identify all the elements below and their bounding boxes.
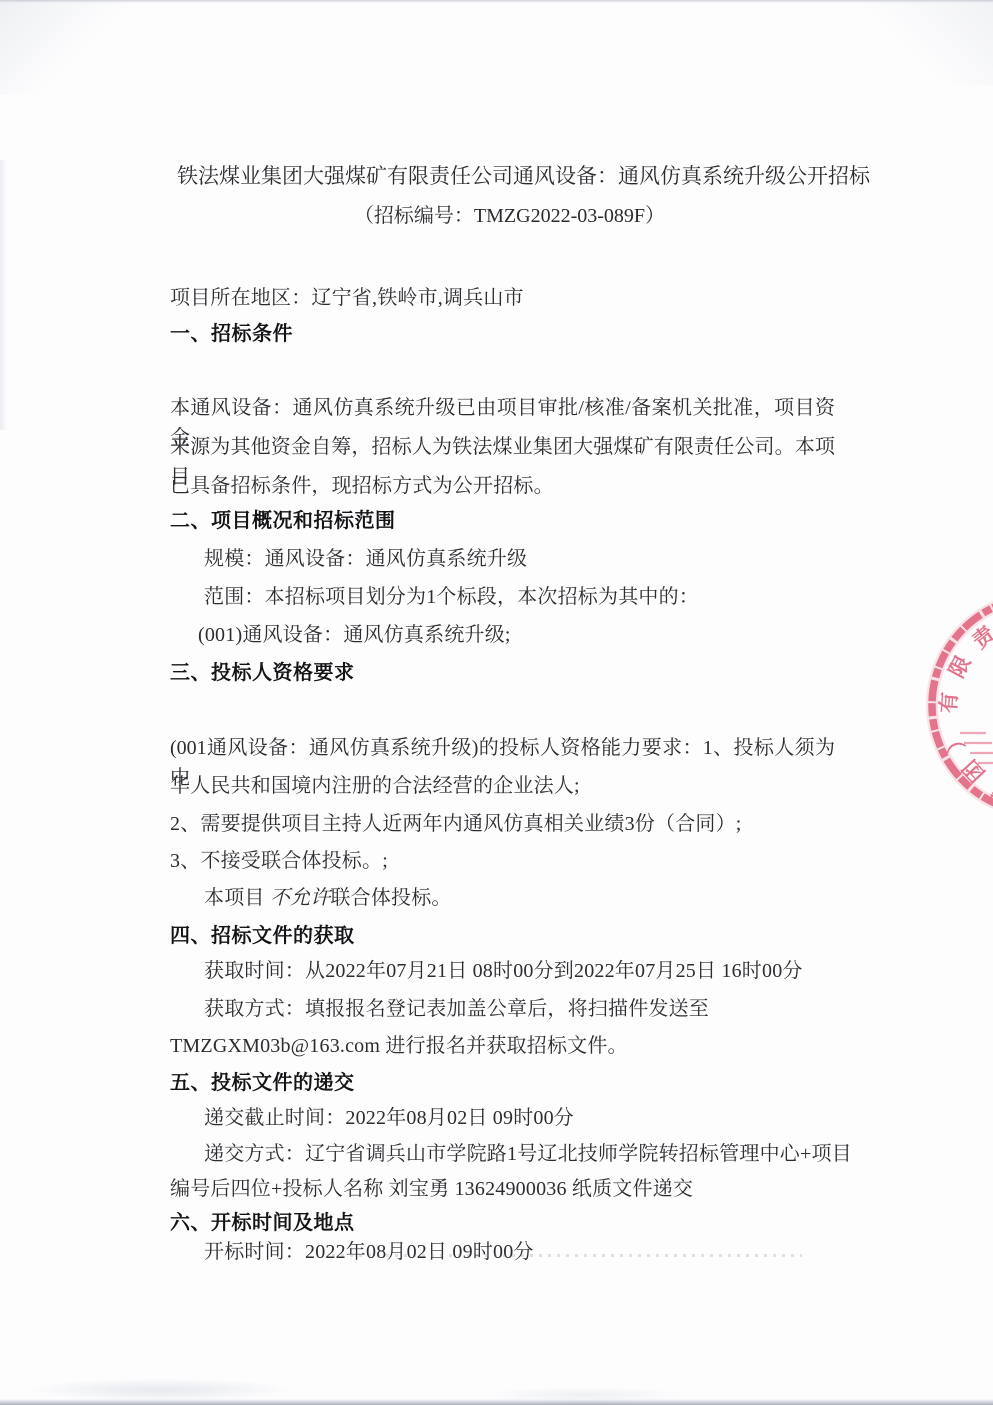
heading-bid-submission: 五、投标文件的递交 — [170, 1068, 355, 1098]
bid-opening-time: 开标时间：2022年08月02日 09时00分 — [204, 1237, 534, 1267]
tender-conditions-text-1: 本通风设备：通风仿真系统升级已由项目审批/核准/备案机关批准，项目资金 — [170, 393, 835, 423]
heading-project-overview: 二、项目概况和招标范围 — [170, 506, 396, 536]
qualification-requirement-3: 3、不接受联合体投标。; — [170, 846, 388, 876]
heading-bidder-qualification: 三、投标人资格要求 — [170, 658, 355, 688]
heading-bid-opening: 六、开标时间及地点 — [170, 1208, 355, 1238]
lot-line: (001)通风设备：通风仿真系统升级; — [198, 620, 511, 650]
scope-line: 范围：本招标项目划分为1个标段，本次招标为其中的： — [204, 582, 699, 612]
scan-artifact-left-edge — [0, 160, 7, 430]
seal-text-char: 有 — [936, 691, 961, 714]
project-location: 项目所在地区：辽宁省,铁岭市,调兵山市 — [170, 283, 524, 313]
tender-number: （招标编号：TMZG2022-03-089F） — [177, 201, 842, 231]
scanned-tender-document-page: 铁法煤业集团大强煤矿有限责任公司通风设备：通风仿真系统升级公开招标 （招标编号：… — [0, 0, 993, 1405]
acquisition-method: 获取方式：填报报名登记表加盖公章后，将扫描件发送至 — [204, 994, 709, 1024]
qualification-text-1: (001通风设备：通风仿真系统升级)的投标人资格能力要求：1、投标人须为中 — [170, 733, 835, 763]
qualification-requirement-2: 2、需要提供项目主持人近两年内通风仿真相关业绩3份（合同）; — [170, 809, 742, 839]
heading-document-acquisition: 四、招标文件的获取 — [170, 921, 355, 951]
heading-tender-conditions: 一、招标条件 — [170, 319, 293, 349]
no-joint-bid-suffix: 联合体投标。 — [330, 887, 451, 909]
no-joint-bid-prefix: 本项目 — [204, 887, 270, 909]
company-seal-stamp: 责 限 有 ） 团 集 （ — [908, 585, 993, 830]
acquisition-email-line: TMZGXM03b@163.com 进行报名并获取招标文件。 — [170, 1031, 628, 1061]
scale-line: 规模：通风设备：通风仿真系统升级 — [204, 544, 527, 574]
scan-artifact-corner-top-right — [843, 0, 993, 85]
tender-conditions-text-2: 来源为其他资金自筹，招标人为铁法煤业集团大强煤矿有限责任公司。本项目 — [170, 432, 835, 462]
submission-method-1: 递交方式：辽宁省调兵山市学院路1号辽北技师学院转招标管理中心+项目 — [204, 1139, 852, 1169]
submission-method-2: 编号后四位+投标人名称 刘宝勇 13624900036 纸质文件递交 — [170, 1174, 693, 1204]
submission-deadline: 递交截止时间：2022年08月02日 09时00分 — [204, 1103, 574, 1133]
no-joint-bid-emphasis: 不允许 — [270, 887, 331, 909]
qualification-text-2: 华人民共和国境内注册的合法经营的企业法人; — [170, 771, 580, 801]
no-joint-bid-note: 本项目 不允许联合体投标。 — [204, 883, 452, 913]
tender-conditions-text-3: 已具备招标条件，现招标方式为公开招标。 — [170, 471, 554, 501]
scan-artifact-corner-top-left — [0, 0, 130, 95]
scan-artifact-bleed-through — [332, 1254, 802, 1257]
scan-artifact-bottom-edge — [0, 1399, 993, 1405]
acquisition-time: 获取时间：从2022年07月21日 08时00分到2022年07月25日 16时… — [204, 956, 803, 986]
document-title: 铁法煤业集团大强煤矿有限责任公司通风设备：通风仿真系统升级公开招标 — [177, 161, 842, 191]
